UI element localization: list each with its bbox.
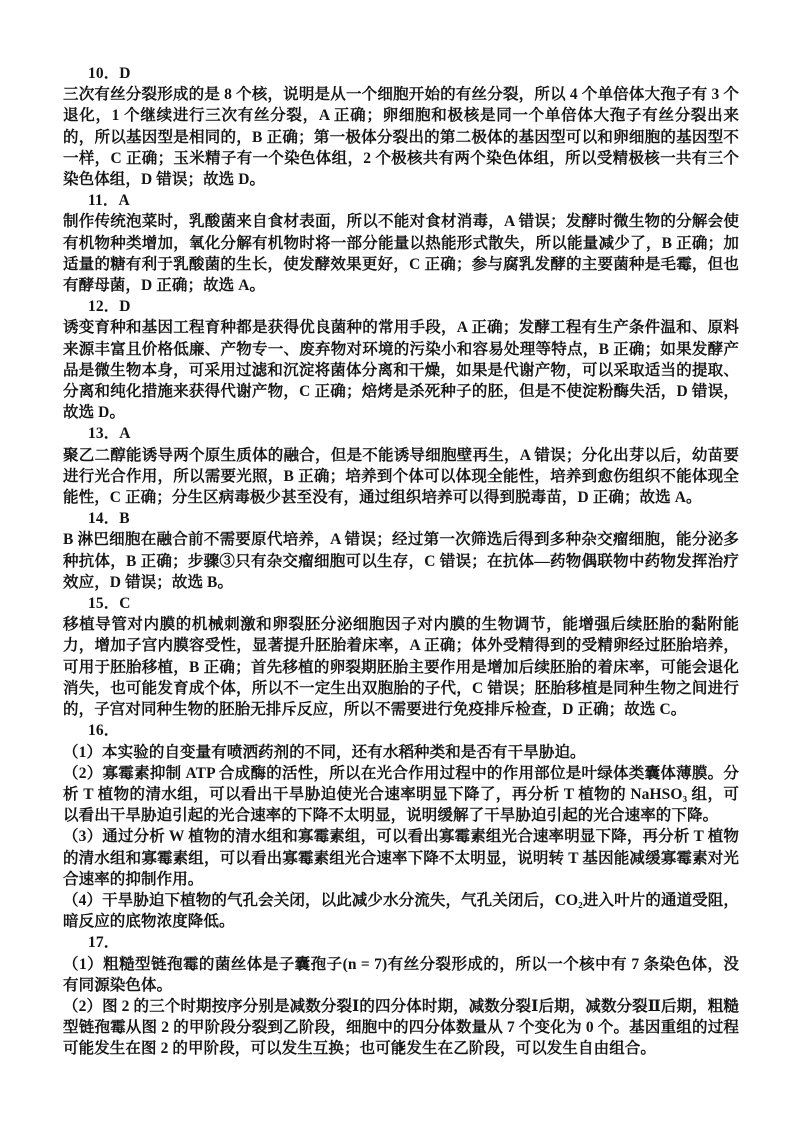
- answer-10-label: 10．D: [88, 63, 739, 84]
- answer-sheet-page: 10．D 三次有丝分裂形成的是 8 个核，说明是从一个细胞开始的有丝分裂，所以 …: [0, 0, 800, 1132]
- answer-17-label: 17．: [88, 932, 739, 953]
- answer-16-item-4: （4）干旱胁迫下植物的气孔会关闭，以此减少水分流失，气孔关闭后，CO₂进入叶片的…: [63, 890, 739, 932]
- answer-16-item-1: （1）本实验的自变量有喷洒药剂的不同，还有水稻种类和是否有干旱胁迫。: [63, 742, 739, 763]
- answer-12-label: 12．D: [88, 296, 739, 317]
- answer-10-explanation: 三次有丝分裂形成的是 8 个核，说明是从一个细胞开始的有丝分裂，所以 4 个单倍…: [63, 84, 739, 190]
- answer-13-explanation: 聚乙二醇能诱导两个原生质体的融合，但是不能诱导细胞壁再生，A 错误；分化出芽以后…: [63, 445, 739, 509]
- answer-12-explanation: 诱变育种和基因工程育种都是获得优良菌种的常用手段，A 正确；发酵工程有生产条件温…: [63, 317, 739, 423]
- answer-11-label: 11．A: [88, 190, 739, 211]
- answer-13-label: 13．A: [88, 423, 739, 444]
- answer-15-label: 15．C: [88, 593, 739, 614]
- answer-16-label: 16．: [88, 720, 739, 741]
- answer-14-label: 14．B: [88, 508, 739, 529]
- answers-content: 10．D 三次有丝分裂形成的是 8 个核，说明是从一个细胞开始的有丝分裂，所以 …: [63, 63, 739, 1060]
- answer-15-explanation: 移植导管对内膜的机械刺激和卵裂胚分泌细胞因子对内膜的生物调节，能增强后续胚胎的黏…: [63, 614, 739, 720]
- answer-16-item-2: （2）寡霉素抑制 ATP 合成酶的活性，所以在光合作用过程中的作用部位是叶绿体类…: [63, 763, 739, 827]
- answer-14-explanation: B 淋巴细胞在融合前不需要原代培养，A 错误；经过第一次筛选后得到多种杂交瘤细胞…: [63, 529, 739, 593]
- answer-17-item-1: （1）粗糙型链孢霉的菌丝体是子囊孢子(n = 7)有丝分裂形成的，所以一个核中有…: [63, 954, 739, 996]
- answer-16-item-3: （3）通过分析 W 植物的清水组和寡霉素组，可以看出寡霉素组光合速率明显下降，再…: [63, 826, 739, 890]
- page-number: 3: [0, 1040, 800, 1056]
- answer-11-explanation: 制作传统泡菜时，乳酸菌来自食材表面，所以不能对食材消毒，A 错误；发酵时微生物的…: [63, 211, 739, 296]
